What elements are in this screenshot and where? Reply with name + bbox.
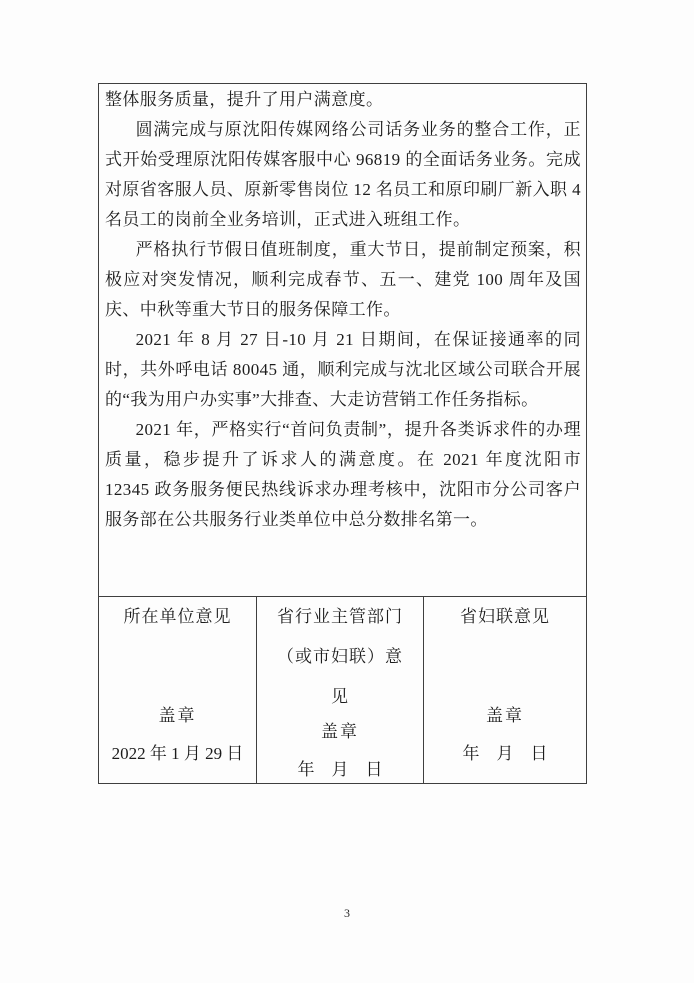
summary-text-cell: 整体服务质量，提升了用户满意度。 圆满完成与原沈阳传媒网络公司话务业务的整合工作… <box>99 84 586 597</box>
stamp-label-unit: 盖章 <box>159 701 197 731</box>
opinion-row: 所在单位意见 盖章 2022 年 1 月 29 日 省行业主管部门（或市妇联）意… <box>99 597 586 783</box>
opinion-cell-industry-dept: 省行业主管部门（或市妇联）意见 盖章 年 月 日 <box>257 597 424 783</box>
opinion-cell-unit: 所在单位意见 盖章 2022 年 1 月 29 日 <box>99 597 257 783</box>
opinion-title-womens-federation: 省妇联意见 <box>446 597 564 637</box>
paragraph-12345-ranking: 2021 年，严格实行“首问负责制”，提升各类诉求件的办理质量，稳步提升了诉求人… <box>105 415 581 535</box>
paragraph-holiday-duty: 严格执行节假日值班制度，重大节日，提前制定预案，积极应对突发情况，顺利完成春节、… <box>105 235 581 325</box>
paragraph-outbound-calls: 2021 年 8 月 27 日-10 月 21 日期间，在保证接通率的同时，共外… <box>105 325 581 415</box>
opinion-cell-womens-federation: 省妇联意见 盖章 年 月 日 <box>424 597 586 783</box>
date-line-womens-federation: 年 月 日 <box>463 739 548 769</box>
paragraph-integration-work: 圆满完成与原沈阳传媒网络公司话务业务的整合工作，正式开始受理原沈阳传媒客服中心 … <box>105 115 581 235</box>
stamp-label-industry-dept: 盖章 <box>321 717 359 747</box>
paragraph-continuation: 整体服务质量，提升了用户满意度。 <box>105 85 581 115</box>
report-table: 整体服务质量，提升了用户满意度。 圆满完成与原沈阳传媒网络公司话务业务的整合工作… <box>98 83 587 784</box>
date-line-unit: 2022 年 1 月 29 日 <box>112 739 244 769</box>
opinion-title-unit: 所在单位意见 <box>110 597 246 637</box>
page-number: 3 <box>0 906 694 921</box>
document-page: 整体服务质量，提升了用户满意度。 圆满完成与原沈阳传媒网络公司话务业务的整合工作… <box>0 0 694 983</box>
date-line-industry-dept: 年 月 日 <box>298 755 383 785</box>
opinion-title-industry-dept: 省行业主管部门（或市妇联）意见 <box>257 597 423 717</box>
stamp-label-womens-federation: 盖章 <box>486 701 524 731</box>
